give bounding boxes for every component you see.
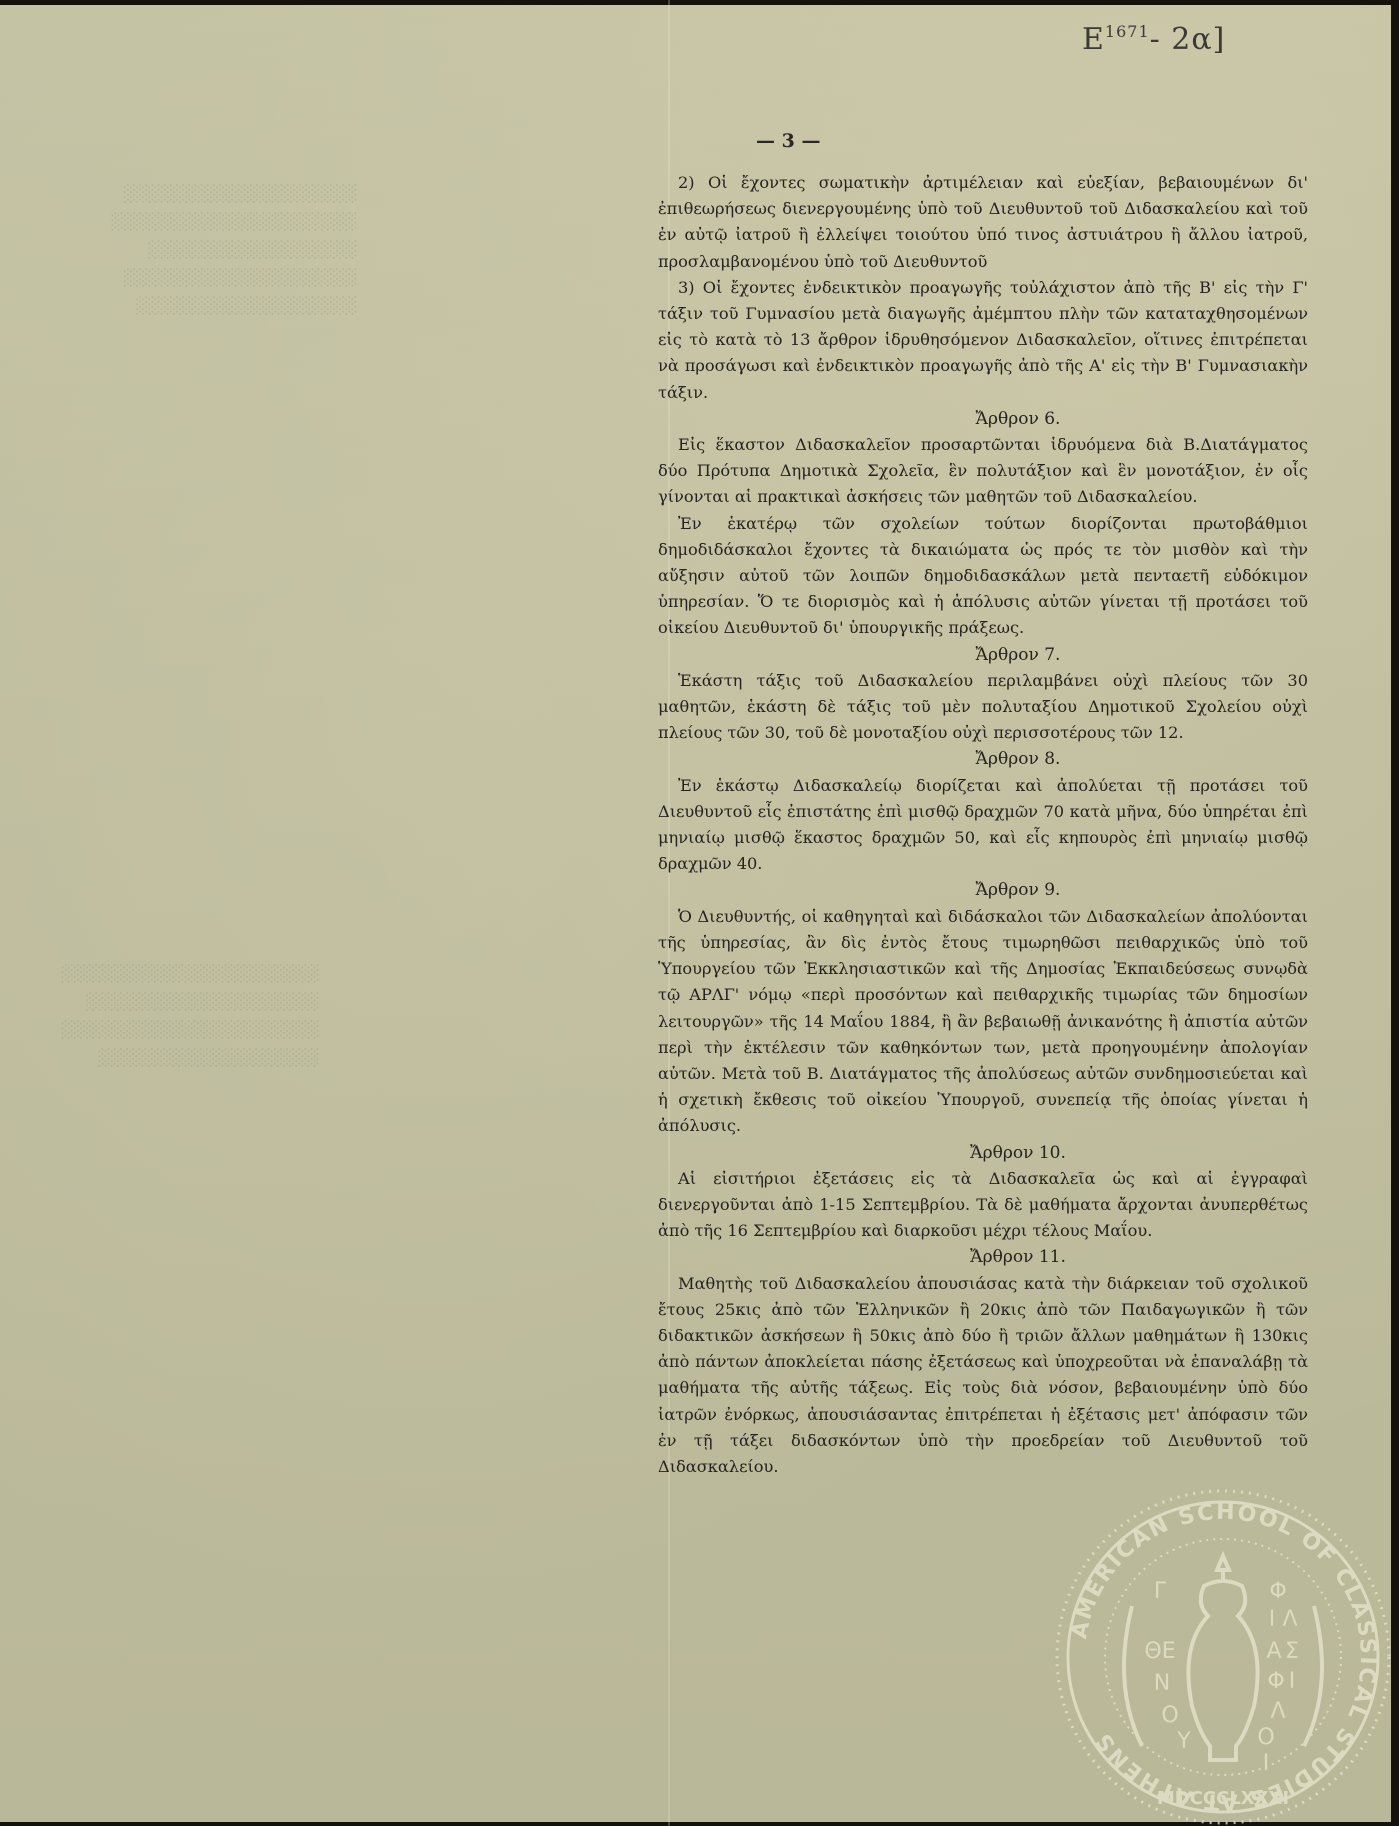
svg-text:Σ: Σ — [1285, 1639, 1299, 1664]
svg-text:Ι: Ι — [1289, 1669, 1296, 1694]
svg-text:Λ: Λ — [1282, 1607, 1297, 1632]
paragraph: 2) Οἱ ἔχοντες σωματικὴν ἀρτιμέλειαν καὶ … — [658, 170, 1308, 275]
paragraph: Ὁ Διευθυντής, οἱ καθηγηταὶ καὶ διδάσκαλο… — [658, 904, 1308, 1140]
svg-text:Φ: Φ — [1267, 1669, 1284, 1694]
paragraph: Ἑκάστη τάξις τοῦ Διδασκαλείου περιλαμβάν… — [658, 668, 1308, 747]
article-heading: Ἄρθρον 11. — [658, 1244, 1308, 1270]
seal-watermark-icon: AMERICAN SCHOOL OF CLASSICAL STUDIES AT … — [1052, 1486, 1394, 1826]
svg-text:ΘΕ: ΘΕ — [1144, 1639, 1175, 1664]
svg-text:Ο: Ο — [1257, 1725, 1274, 1750]
svg-text:Ι: Ι — [1263, 1751, 1270, 1776]
article-heading: Ἄρθρον 10. — [658, 1140, 1308, 1166]
seal-year: MDCCCLXXXI — [1157, 1788, 1289, 1809]
svg-text:Λ: Λ — [1270, 1699, 1285, 1724]
svg-text:Φ: Φ — [1269, 1579, 1286, 1604]
bleed-through-texture: ░░░░░░░░░░░░░░░░░░░ ░░░░░░░░░░░░░░░░░░░░… — [110, 180, 356, 320]
svg-text:Ο: Ο — [1161, 1703, 1178, 1728]
bleed-through-texture: ░░░░░░░░░░░░░░░░░░░░░ ░░░░░░░░░░░░░░░░░░… — [60, 960, 318, 1072]
paragraph: 3) Οἱ ἔχοντες ἐνδεικτικὸν προαγωγῆς τοὐλ… — [658, 275, 1308, 406]
article-heading: Ἄρθρον 8. — [658, 746, 1308, 772]
page-number: — 3 — — [756, 130, 956, 152]
svg-text:Ι: Ι — [1269, 1607, 1276, 1632]
scanned-page: ░░░░░░░░░░░░░░░░░░░ ░░░░░░░░░░░░░░░░░░░░… — [0, 0, 1399, 1826]
svg-text:Α: Α — [1266, 1639, 1281, 1664]
paragraph: Μαθητὴς τοῦ Διδασκαλείου ἀπουσιάσας κατὰ… — [658, 1271, 1308, 1481]
svg-text:Υ: Υ — [1176, 1729, 1191, 1754]
svg-text:Γ: Γ — [1154, 1579, 1167, 1604]
paragraph: Εἰς ἕκαστον Διδασκαλεῖον προσαρτῶνται ἱδ… — [658, 432, 1308, 511]
article-heading: Ἄρθρον 9. — [658, 877, 1308, 903]
document-body: 2) Οἱ ἔχοντες σωματικὴν ἀρτιμέλειαν καὶ … — [658, 170, 1308, 1480]
article-heading: Ἄρθρον 6. — [658, 406, 1308, 432]
archive-reference: Ε1671- 2α] — [1082, 22, 1225, 57]
paragraph: Ἐν ἑκάστῳ Διδασκαλείῳ διορίζεται καὶ ἀπο… — [658, 773, 1308, 878]
article-heading: Ἄρθρον 7. — [658, 642, 1308, 668]
svg-text:Ν: Ν — [1154, 1671, 1170, 1696]
paragraph: Ἐν ἑκατέρῳ τῶν σχολείων τούτων διορίζοντ… — [658, 511, 1308, 642]
scan-border-top — [0, 0, 1399, 5]
paragraph: Αἱ εἰσιτήριοι ἐξετάσεις εἰς τὰ Διδασκαλε… — [658, 1166, 1308, 1245]
